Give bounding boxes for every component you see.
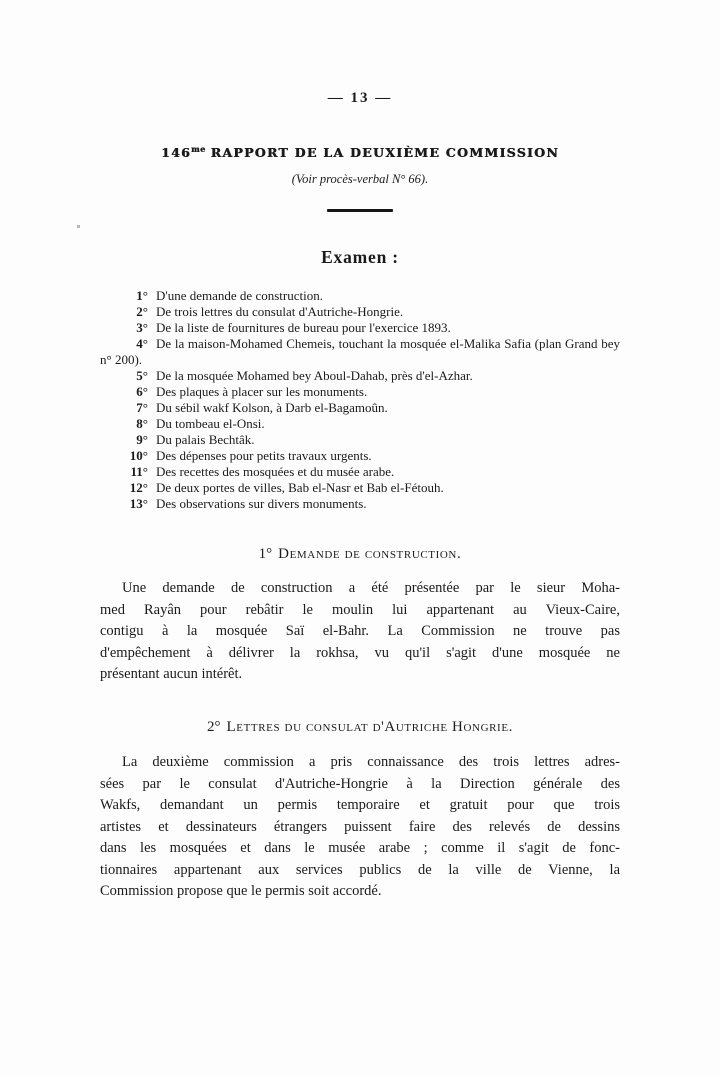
agenda-item: 11°Des recettes des mosquées et du musée… [100,464,620,480]
paragraph-line: présentant aucun intérêt. [100,664,620,686]
paragraph-line: Wakfs, demandant un permis temporaire et… [100,795,620,817]
agenda-item: 10°Des dépenses pour petits travaux urge… [100,448,620,464]
section-1-heading: 1°Demande de construction. [0,546,720,563]
agenda-item-text: Du palais Bechtâk. [156,432,255,447]
report-title-ordinal-suffix: me [191,144,206,154]
paragraph-line: artistes et dessinateurs étrangers puiss… [100,817,620,839]
proces-verbal-reference: (Voir procès-verbal N° 66). [0,172,720,187]
ink-speck [77,225,80,228]
agenda-item-number: 10° [100,448,148,464]
agenda-item: 3°De la liste de fournitures de bureau p… [100,320,620,336]
agenda-item-text: Du sébil wakf Kolson, à Darb el-Bagamoûn… [156,400,388,415]
paragraph-line: d'empêchement à délivrer la rokhsa, vu q… [100,643,620,665]
agenda-item: 2°De trois lettres du consulat d'Autrich… [100,304,620,320]
agenda-list: 1°D'une demande de construction. 2°De tr… [100,288,620,512]
agenda-item-text: D'une demande de construction. [156,288,323,303]
report-title-number: 146 [161,145,191,160]
paragraph-line: sées par le consulat d'Autriche-Hongrie … [100,774,620,796]
examen-heading: Examen : [0,247,720,268]
agenda-item-number: 3° [100,320,148,336]
page-number: — 13 — [0,90,720,107]
paragraph-line: La deuxième commission a pris connaissan… [100,752,620,774]
agenda-item-text: De la maison-Mohamed Chemeis, touchant l… [100,336,620,367]
agenda-item-number: 7° [100,400,148,416]
agenda-item-text: Du tombeau el-Onsi. [156,416,265,431]
agenda-item: 4°De la maison-Mohamed Chemeis, touchant… [100,336,620,368]
report-title: 146meRAPPORT DE LA DEUXIÈME COMMISSION [0,144,720,160]
agenda-item: 5°De la mosquée Mohamed bey Aboul-Dahab,… [100,368,620,384]
agenda-item: 13°Des observations sur divers monuments… [100,496,620,512]
agenda-item: 8°Du tombeau el-Onsi. [100,416,620,432]
paragraph-line: contigu à la mosquée Saï el-Bahr. La Com… [100,621,620,643]
agenda-item-text: De trois lettres du consulat d'Autriche-… [156,304,403,319]
agenda-item-number: 4° [100,336,148,352]
agenda-item-text: De la mosquée Mohamed bey Aboul-Dahab, p… [156,368,473,383]
section-2-title: Lettres du consulat d'Autriche Hongrie. [226,719,513,735]
agenda-item-number: 13° [100,496,148,512]
agenda-item-number: 5° [100,368,148,384]
section-1-paragraph: Une demande de construction a été présen… [100,578,620,686]
section-2-paragraph: La deuxième commission a pris connaissan… [100,752,620,903]
paragraph-line: tionnaires appartenant aux services publ… [100,860,620,882]
agenda-item-text: De la liste de fournitures de bureau pou… [156,320,451,335]
agenda-item-text: Des dépenses pour petits travaux urgents… [156,448,372,463]
agenda-item-number: 9° [100,432,148,448]
agenda-item-text: De deux portes de villes, Bab el-Nasr et… [156,480,444,495]
separator-rule [327,209,393,212]
agenda-item: 7°Du sébil wakf Kolson, à Darb el-Bagamo… [100,400,620,416]
paragraph-line: dans les mosquées et dans le musée arabe… [100,838,620,860]
report-title-text: RAPPORT DE LA DEUXIÈME COMMISSION [211,145,559,160]
agenda-item: 9°Du palais Bechtâk. [100,432,620,448]
agenda-item-text: Des observations sur divers monuments. [156,496,367,511]
agenda-item-number: 12° [100,480,148,496]
section-2-heading: 2°Lettres du consulat d'Autriche Hongrie… [0,719,720,736]
agenda-item-number: 6° [100,384,148,400]
agenda-item-number: 2° [100,304,148,320]
section-1-title: Demande de construction. [278,546,461,562]
agenda-item-text: Des plaques à placer sur les monuments. [156,384,367,399]
agenda-item-text: Des recettes des mosquées et du musée ar… [156,464,394,479]
paragraph-line: Commission propose que le permis soit ac… [100,881,620,903]
section-1-number: 1° [259,546,273,562]
agenda-item: 12°De deux portes de villes, Bab el-Nasr… [100,480,620,496]
paragraph-line: med Rayân pour rebâtir le moulin lui app… [100,600,620,622]
agenda-item: 6°Des plaques à placer sur les monuments… [100,384,620,400]
section-2-number: 2° [207,719,221,735]
agenda-item-number: 1° [100,288,148,304]
document-page: — 13 — 146meRAPPORT DE LA DEUXIÈME COMMI… [0,0,720,1075]
agenda-item-number: 8° [100,416,148,432]
agenda-item-number: 11° [100,464,148,480]
agenda-item: 1°D'une demande de construction. [100,288,620,304]
paragraph-line: Une demande de construction a été présen… [100,578,620,600]
